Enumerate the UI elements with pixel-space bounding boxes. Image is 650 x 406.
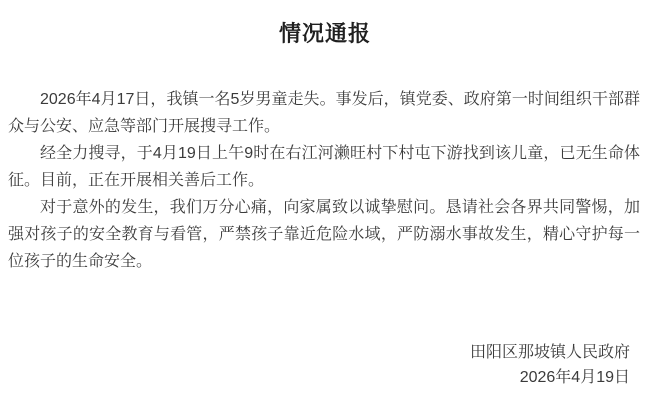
notice-body: 2026年4月17日，我镇一名5岁男童走失。事发后，镇党委、政府第一时间组织干部… — [0, 86, 650, 275]
signature-organization: 田阳区那坡镇人民政府 — [0, 340, 630, 365]
signature-date: 2026年4月19日 — [0, 365, 630, 390]
signature-block: 田阳区那坡镇人民政府 2026年4月19日 — [0, 340, 650, 390]
notice-paragraph-3: 对于意外的发生，我们万分心痛，向家属致以诚挚慰问。恳请社会各界共同警惕，加强对孩… — [8, 194, 640, 275]
notice-paragraph-2: 经全力搜寻，于4月19日上午9时在右江河濑旺村下村屯下游找到该儿童，已无生命体征… — [8, 140, 640, 194]
notice-paragraph-1: 2026年4月17日，我镇一名5岁男童走失。事发后，镇党委、政府第一时间组织干部… — [8, 86, 640, 140]
notice-title: 情况通报 — [0, 0, 650, 46]
notice-page: 情况通报 2026年4月17日，我镇一名5岁男童走失。事发后，镇党委、政府第一时… — [0, 0, 650, 406]
